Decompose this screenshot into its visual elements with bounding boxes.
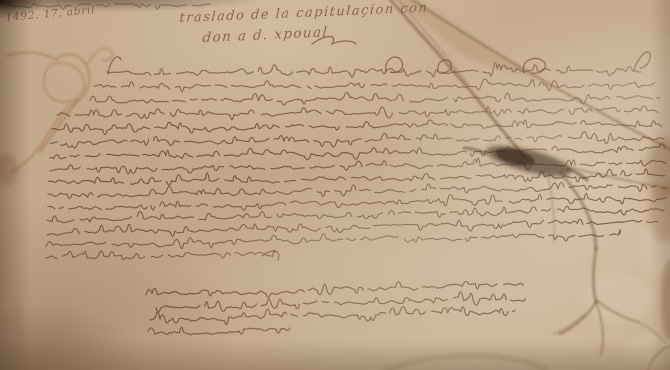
ink-streak [392,0,540,80]
manuscript-photo: 1492. 17, abril traslado de la capitulaç… [0,0,670,370]
bottom-shadow [382,355,548,370]
crack [593,248,596,302]
ink-drip [560,172,596,250]
ink-drip [548,174,555,242]
crease-line [16,298,28,370]
ink-streak [388,0,524,157]
ink-blot-spur [463,148,487,154]
crack [554,315,585,334]
ink-blot [463,138,670,250]
bottom-right-damage [554,182,670,370]
ink-streak [408,0,670,150]
ink-streaks [388,0,670,157]
stain-layer [0,0,670,370]
